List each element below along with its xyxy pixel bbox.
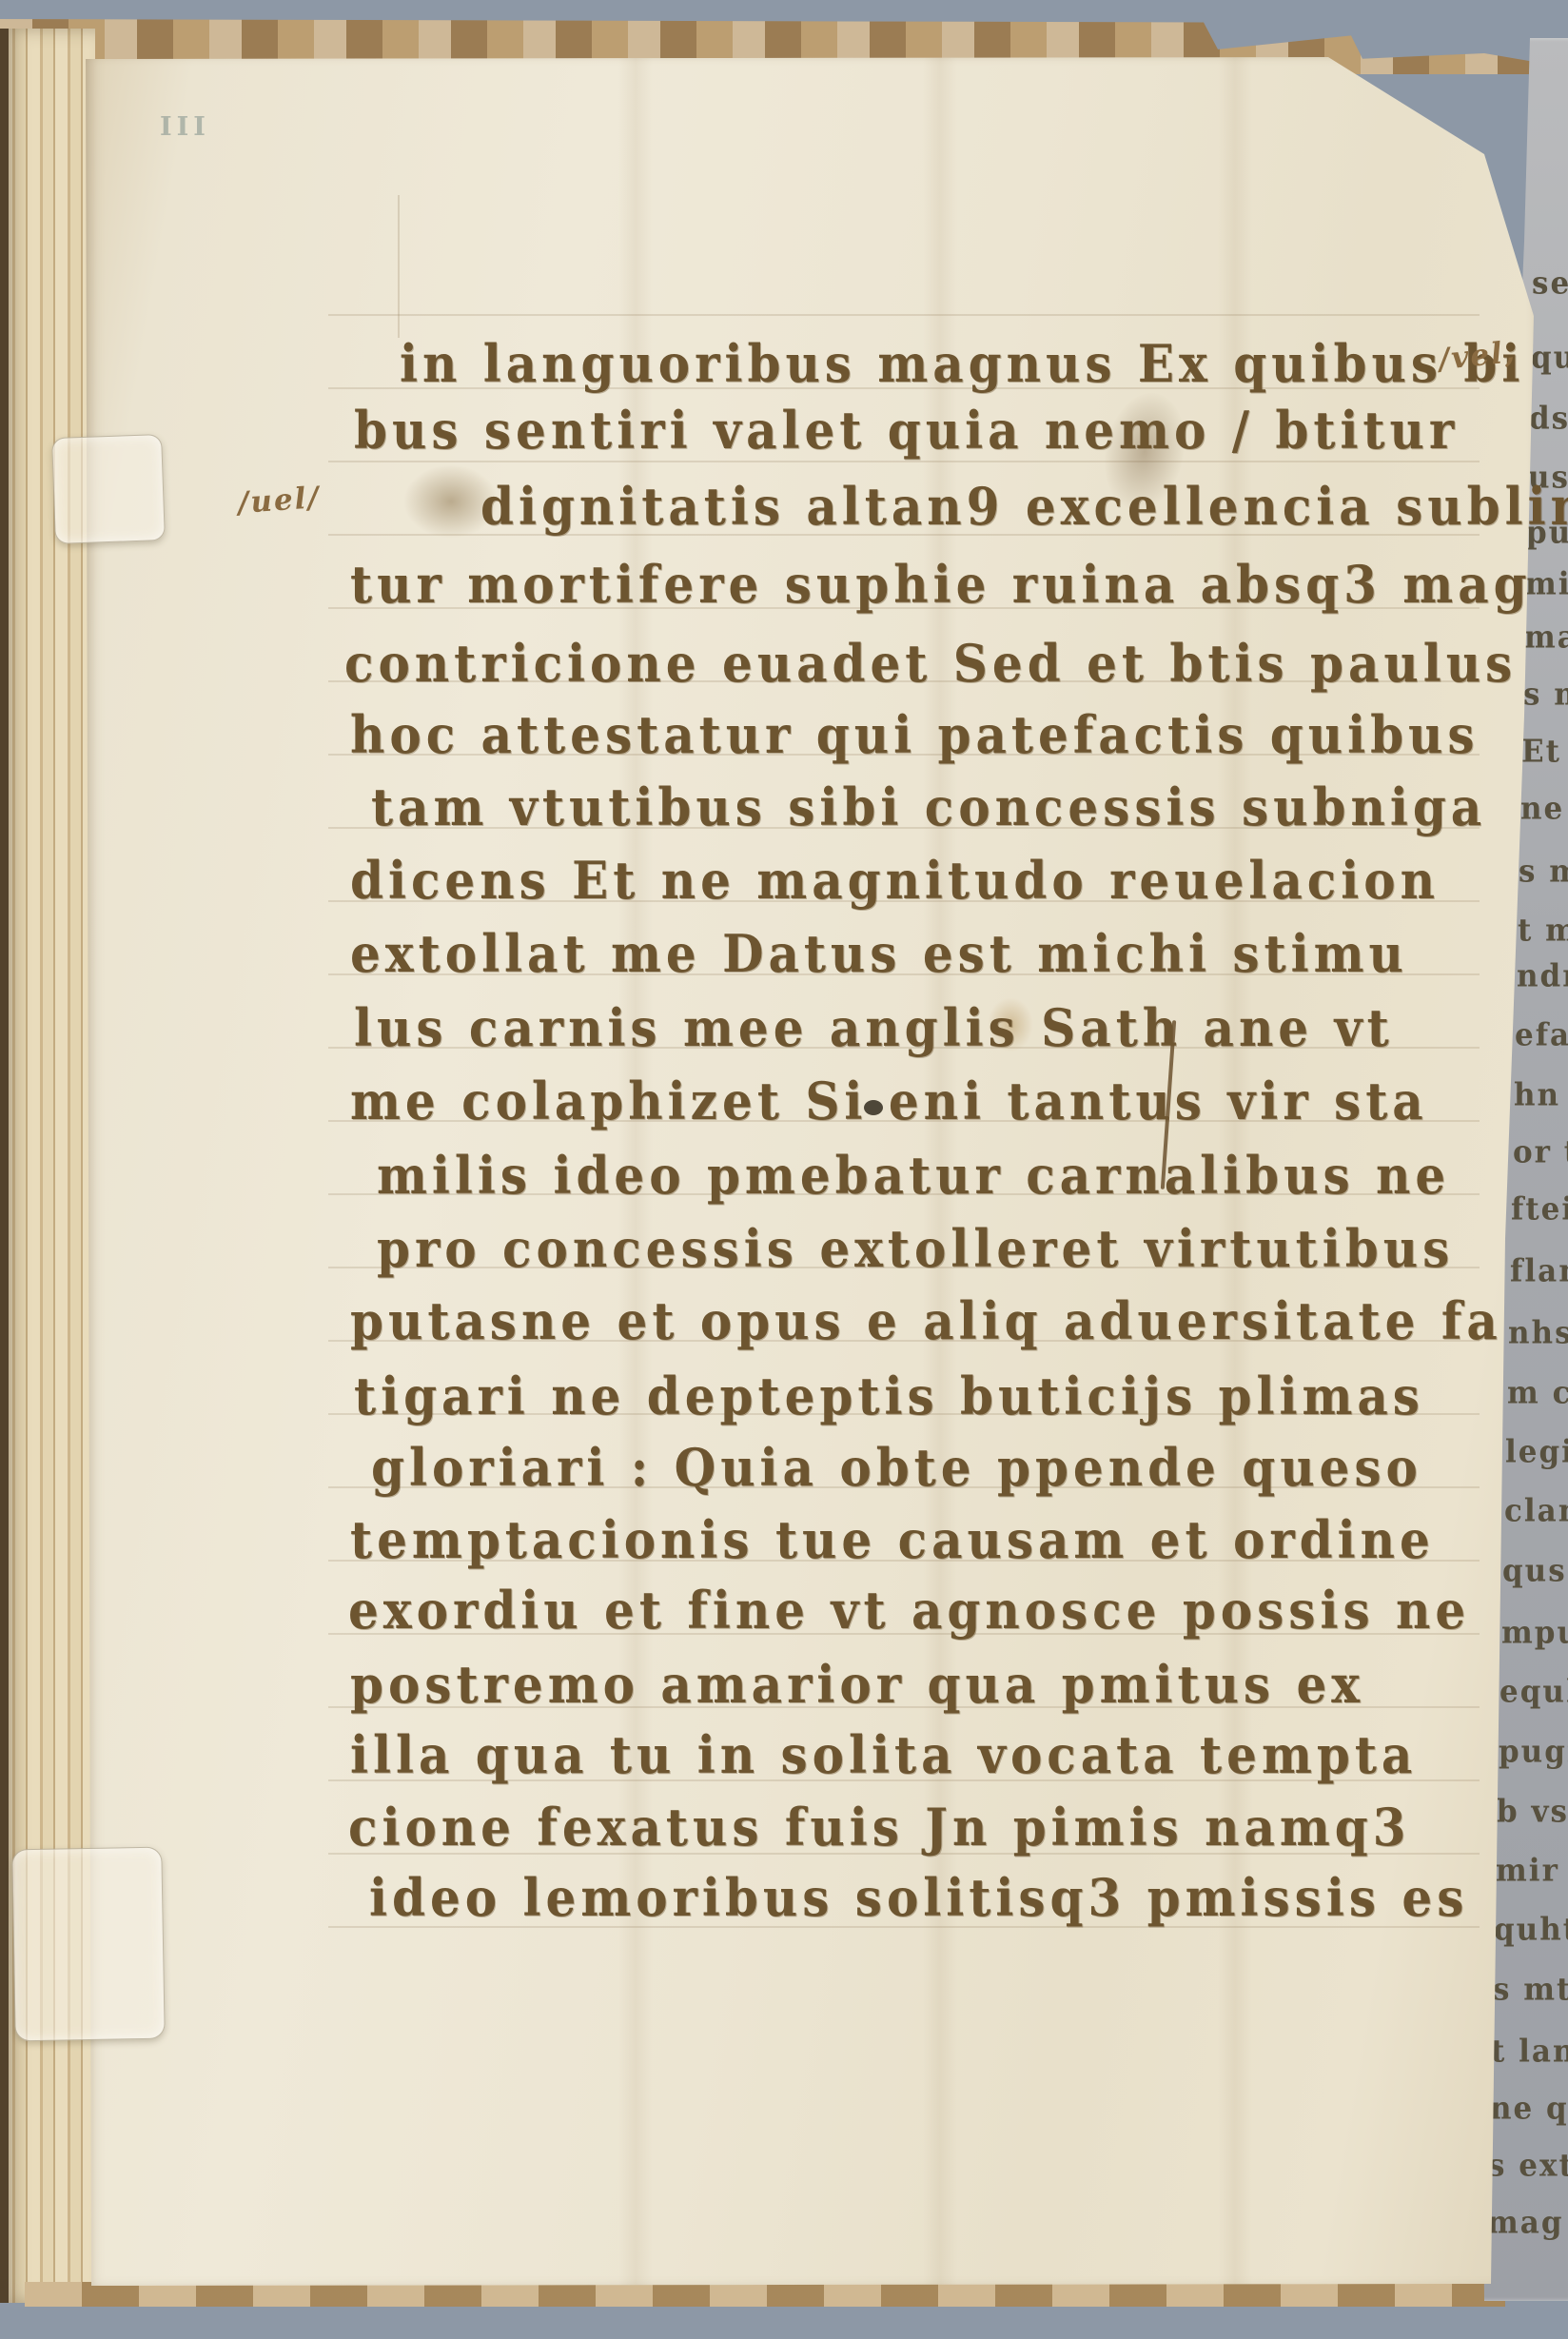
- book-bottom-edge: [25, 2282, 1505, 2307]
- edge-text-fragment: mir ds: [1496, 1853, 1568, 1889]
- edge-text-fragment: m cnuc: [1507, 1375, 1568, 1411]
- edge-text-fragment: nhs ext: [1508, 1315, 1568, 1351]
- text-line-15: tigari ne depteptis buticijs plimas: [354, 1366, 1424, 1426]
- text-line-6: hoc attestatur qui patefactis quibus: [350, 704, 1480, 765]
- text-line-11: me colaphizet Si eni tantus vir sta: [350, 1071, 1428, 1131]
- edge-text-fragment: magis: [1524, 619, 1568, 656]
- text-line-16: gloriari : Quia obte ppende queso: [371, 1437, 1422, 1498]
- edge-text-fragment: s mtal: [1519, 854, 1568, 890]
- text-line-21: cione fexatus fuis Jn pimis namq3: [348, 1797, 1411, 1857]
- edge-text-fragment: or tentu: [1513, 1134, 1568, 1170]
- edge-text-fragment: dsta: [1529, 401, 1568, 437]
- edge-text-fragment: mag el: [1487, 2205, 1568, 2241]
- edge-text-fragment: hn pfa: [1514, 1077, 1568, 1113]
- text-line-12: milis ideo pmebatur carnalibus ne: [377, 1145, 1450, 1206]
- text-line-10: lus carnis mee anglis Sath ane vt: [354, 997, 1394, 1058]
- vellum-index-tab: [51, 434, 166, 544]
- edge-text-fragment: Et mir: [1521, 734, 1568, 770]
- edge-text-fragment: ser t: [1532, 265, 1568, 302]
- text-line-2: bus sentiri valet quia nemo / btitur: [354, 400, 1459, 461]
- folio-number: III: [160, 112, 210, 142]
- text-line-19: postremo amarior qua pmitus ex: [350, 1654, 1364, 1715]
- edge-text-fragment: quod: [1531, 340, 1568, 376]
- edge-text-fragment: ne quo: [1490, 2091, 1568, 2127]
- vellum-index-tab: [11, 1847, 166, 2042]
- edge-text-fragment: quhte: [1494, 1912, 1568, 1948]
- edge-text-fragment: flamier: [1510, 1253, 1568, 1289]
- edge-text-fragment: qus vse: [1502, 1553, 1568, 1589]
- edge-text-fragment: clam p: [1504, 1493, 1568, 1529]
- text-line-20: illa qua tu in solita vocata tempta: [350, 1724, 1417, 1785]
- binding-board-edge: [0, 29, 9, 2303]
- margin-note-left: /uel/: [237, 481, 322, 521]
- text-line-17: temptacionis tue causam et ordine: [350, 1509, 1435, 1570]
- edge-text-fragment: fteics q: [1511, 1191, 1568, 1228]
- text-line-5: contricione euadet Sed et btis paulus: [344, 633, 1517, 694]
- edge-text-fragment: ne qd: [1520, 791, 1568, 827]
- text-line-7: tam vtutibus sibi concessis subniga: [371, 776, 1486, 837]
- edge-text-fragment: efati n: [1515, 1017, 1568, 1053]
- edge-text-fragment: pugn se: [1499, 1734, 1568, 1770]
- text-line-9: extollat me Datus est michi stimu: [350, 923, 1408, 984]
- text-line-3: dignitatis altan9 excellencia sublima: [480, 476, 1568, 537]
- edge-text-fragment: ndme d: [1517, 958, 1568, 994]
- text-line-22: ideo lemoribus solitisq3 pmissis es: [369, 1867, 1468, 1928]
- text-line-18: exordiu et fine vt agnosce possis ne: [348, 1580, 1470, 1641]
- edge-text-fragment: t muil: [1518, 913, 1568, 949]
- text-line-8: dicens Et ne magnitudo reuelacion: [350, 850, 1440, 911]
- text-line-13: pro concessis extolleret virtutibus: [377, 1218, 1454, 1279]
- edge-text-fragment: legi ch: [1505, 1434, 1568, 1470]
- edge-text-fragment: s mbal: [1523, 677, 1568, 713]
- text-line-14: putasne et opus e aliq aduersitate fa: [350, 1290, 1502, 1351]
- edge-text-fragment: equlite: [1499, 1674, 1568, 1710]
- edge-text-fragment: b vse: [1497, 1794, 1568, 1830]
- manuscript-photo: ser t quod dsta us Se pugna mirg magis s…: [0, 0, 1568, 2339]
- text-line-1: in languoribus magnus Ex quibus bi: [400, 333, 1524, 394]
- edge-text-fragment: t land: [1491, 2034, 1568, 2070]
- edge-text-fragment: mpuq3: [1501, 1615, 1568, 1651]
- ruling-line-vertical: [398, 195, 400, 338]
- edge-text-fragment: s mtal: [1493, 1972, 1568, 2008]
- edge-text-fragment: s extr: [1488, 2148, 1568, 2184]
- text-line-4: tur mortifere suphie ruina absq3 mag: [350, 554, 1532, 615]
